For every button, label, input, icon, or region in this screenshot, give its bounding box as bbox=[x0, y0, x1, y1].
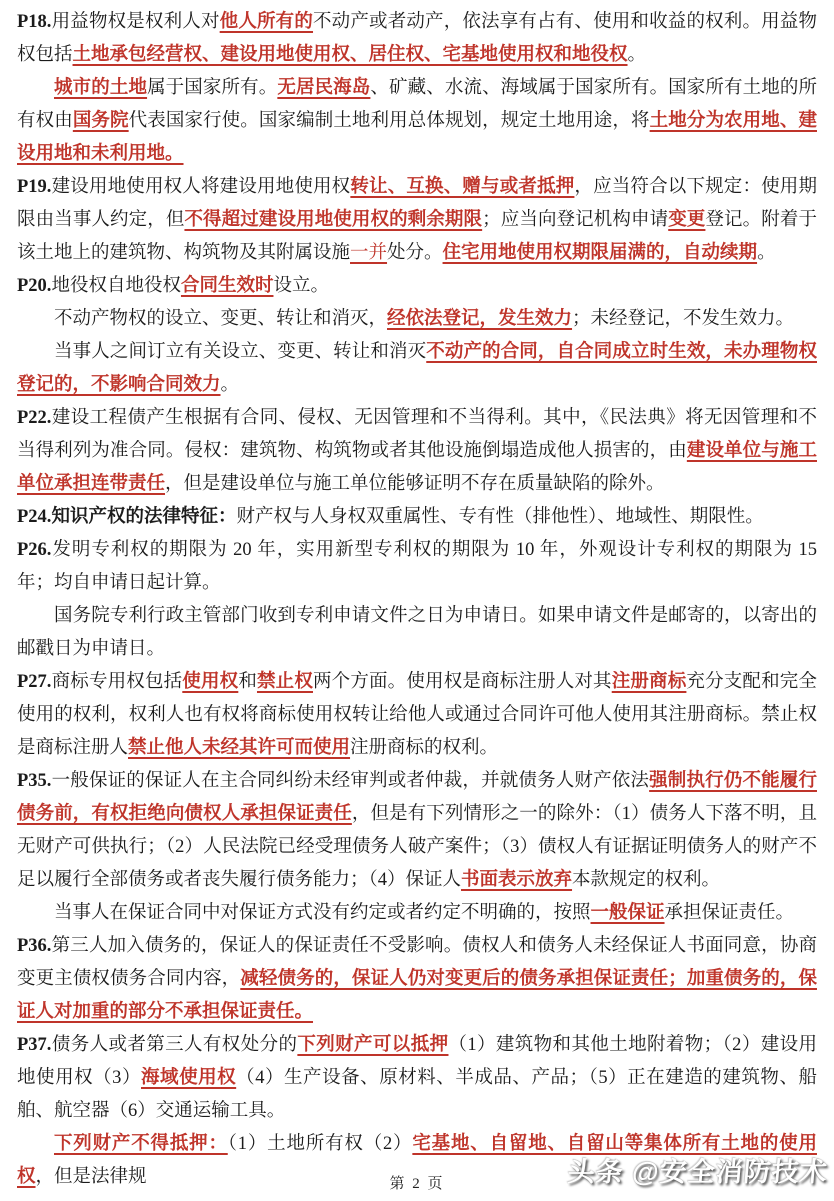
highlighted-text-run: 下列财产不得抵押： bbox=[54, 1134, 228, 1154]
text-run: P37. bbox=[17, 1035, 51, 1055]
text-run: ；未经登记，不发生效力。 bbox=[572, 309, 794, 329]
paragraph: P19.建设用地使用权人将建设用地使用权转让、互换、赠与或者抵押，应当符合以下规… bbox=[17, 171, 817, 270]
text-run: P22. bbox=[17, 408, 51, 428]
text-run: ；应当向登记机构申请 bbox=[482, 210, 668, 230]
text-run: （1）土地所有权（2） bbox=[228, 1134, 413, 1154]
highlighted-text-run: 国务院 bbox=[73, 111, 129, 131]
text-run: P18. bbox=[17, 12, 51, 32]
highlighted-text-run: 禁止权 bbox=[257, 672, 313, 692]
text-run: 。 bbox=[628, 45, 647, 65]
text-run: 当事人在保证合同中对保证方式没有约定或者约定不明确的，按照 bbox=[54, 903, 591, 923]
paragraph: P37.债务人或者第三人有权处分的下列财产可以抵押（1）建筑物和其他土地附着物；… bbox=[17, 1029, 817, 1128]
text-run: P27. bbox=[17, 672, 51, 692]
highlighted-text-run: 使用权 bbox=[182, 672, 238, 692]
highlighted-text-run: 合同生效时 bbox=[181, 276, 274, 296]
text-run: 不动产物权的设立、变更、转让和消灭， bbox=[54, 309, 387, 329]
paragraph: P24.知识产权的法律特征：财产权与人身权双重属性、专有性（排他性）、地域性、期… bbox=[17, 501, 817, 534]
paragraph: P36.第三人加入债务的，保证人的保证责任不受影响。债权人和债务人未经保证人书面… bbox=[17, 930, 817, 1029]
paragraph: P20.地役权自地役权合同生效时设立。 bbox=[17, 270, 817, 303]
page-number: 第 2 页 bbox=[0, 1172, 834, 1193]
text-run: 建设用地使用权人将建设用地使用权 bbox=[51, 177, 350, 197]
text-run: 发明专利权的期限为 20 年，实用新型专利权的期限为 10 年，外观设计专利权的… bbox=[17, 540, 817, 593]
paragraph: 当事人之间订立有关设立、变更、转让和消灭不动产的合同，自合同成立时生效，未办理物… bbox=[17, 336, 817, 402]
paragraph: P26.发明专利权的期限为 20 年，实用新型专利权的期限为 10 年，外观设计… bbox=[17, 534, 817, 600]
text-run: 商标专用权包括 bbox=[51, 672, 182, 692]
text-run: 设立。 bbox=[273, 276, 329, 296]
text-run: P20. bbox=[17, 276, 51, 296]
text-run: 当事人之间订立有关设立、变更、转让和消灭 bbox=[54, 342, 426, 362]
highlighted-text-run: 经依法登记，发生效力 bbox=[387, 309, 572, 329]
highlighted-text-run: 一并 bbox=[350, 243, 387, 263]
text-run: 。 bbox=[757, 243, 776, 263]
highlighted-text-run: 海域使用权 bbox=[141, 1068, 236, 1088]
paragraph: P35.一般保证的保证人在主合同纠纷未经审判或者仲裁，并就债务人财产依法强制执行… bbox=[17, 765, 817, 897]
text-run: 两个方面。使用权是商标注册人对其 bbox=[313, 672, 612, 692]
paragraph: P18.用益物权是权利人对他人所有的不动产或者动产，依法享有占有、使用和收益的权… bbox=[17, 6, 817, 72]
text-run: 债务人或者第三人有权处分的 bbox=[51, 1035, 297, 1055]
text-run: 本款规定的权利。 bbox=[572, 870, 720, 890]
text-run: 属于国家所有。 bbox=[147, 78, 277, 98]
highlighted-text-run: 他人所有的 bbox=[220, 12, 313, 32]
text-run: 一般保证的保证人在主合同纠纷未经审判或者仲裁，并就债务人财产依法 bbox=[51, 771, 649, 791]
text-run: P19. bbox=[17, 177, 51, 197]
text-run: 国务院专利行政主管部门收到专利申请文件之日为申请日。如果申请文件是邮寄的，以寄出… bbox=[17, 606, 817, 659]
highlighted-text-run: 转让、互换、赠与或者抵押 bbox=[350, 177, 574, 197]
text-run: 承担保证责任。 bbox=[665, 903, 795, 923]
paragraph: P22.建设工程债产生根据有合同、侵权、无因管理和不当得利。其中，《民法典》将无… bbox=[17, 402, 817, 501]
document-page: P18.用益物权是权利人对他人所有的不动产或者动产，依法享有占有、使用和收益的权… bbox=[17, 6, 817, 1194]
highlighted-text-run: 注册商标 bbox=[612, 672, 687, 692]
text-run: 。 bbox=[221, 375, 240, 395]
paragraph: 城市的土地属于国家所有。无居民海岛、矿藏、水流、海域属于国家所有。国家所有土地的… bbox=[17, 72, 817, 171]
paragraph: 国务院专利行政主管部门收到专利申请文件之日为申请日。如果申请文件是邮寄的，以寄出… bbox=[17, 600, 817, 666]
text-run: P35. bbox=[17, 771, 51, 791]
text-run: 注册商标的权利。 bbox=[350, 738, 498, 758]
text-run: 知识产权的法律特征： bbox=[51, 507, 236, 527]
highlighted-text-run: 禁止他人未经其许可而使用 bbox=[128, 738, 350, 758]
text-run: 处分。 bbox=[387, 243, 443, 263]
text-run: 用益物权是权利人对 bbox=[51, 12, 219, 32]
highlighted-text-run: 城市的土地 bbox=[54, 78, 147, 98]
text-run: 地役权自地役权 bbox=[51, 276, 181, 296]
paragraph: P27.商标专用权包括使用权和禁止权两个方面。使用权是商标注册人对其注册商标充分… bbox=[17, 666, 817, 765]
highlighted-text-run: 下列财产可以抵押 bbox=[297, 1035, 448, 1055]
highlighted-text-run: 一般保证 bbox=[591, 903, 665, 923]
text-run: P24. bbox=[17, 507, 51, 527]
highlighted-text-run: 无居民海岛 bbox=[277, 78, 370, 98]
text-run: P26. bbox=[17, 540, 51, 560]
highlighted-text-run: 土地承包经营权、建设用地使用权、居住权、宅基地使用权和地役权 bbox=[73, 45, 628, 65]
text-run: P36. bbox=[17, 936, 51, 956]
highlighted-text-run: 变更 bbox=[668, 210, 705, 230]
text-run: 和 bbox=[238, 672, 257, 692]
highlighted-text-run: 不得超过建设用地使用权的剩余期限 bbox=[184, 210, 482, 230]
document-body: P18.用益物权是权利人对他人所有的不动产或者动产，依法享有占有、使用和收益的权… bbox=[17, 6, 817, 1194]
text-run: ，但是建设单位与施工单位能够证明不存在质量缺陷的除外。 bbox=[165, 474, 665, 494]
text-run: 财产权与人身权双重属性、专有性（排他性）、地域性、期限性。 bbox=[236, 507, 763, 527]
text-run: 代表国家行使。国家编制土地利用总体规划，规定土地用途，将 bbox=[129, 111, 650, 131]
highlighted-text-run: 住宅用地使用权期限届满的，自动续期 bbox=[443, 243, 758, 263]
paragraph: 不动产物权的设立、变更、转让和消灭，经依法登记，发生效力；未经登记，不发生效力。 bbox=[17, 303, 817, 336]
highlighted-text-run: 书面表示放弃 bbox=[461, 870, 572, 890]
paragraph: 当事人在保证合同中对保证方式没有约定或者约定不明确的，按照一般保证承担保证责任。 bbox=[17, 897, 817, 930]
